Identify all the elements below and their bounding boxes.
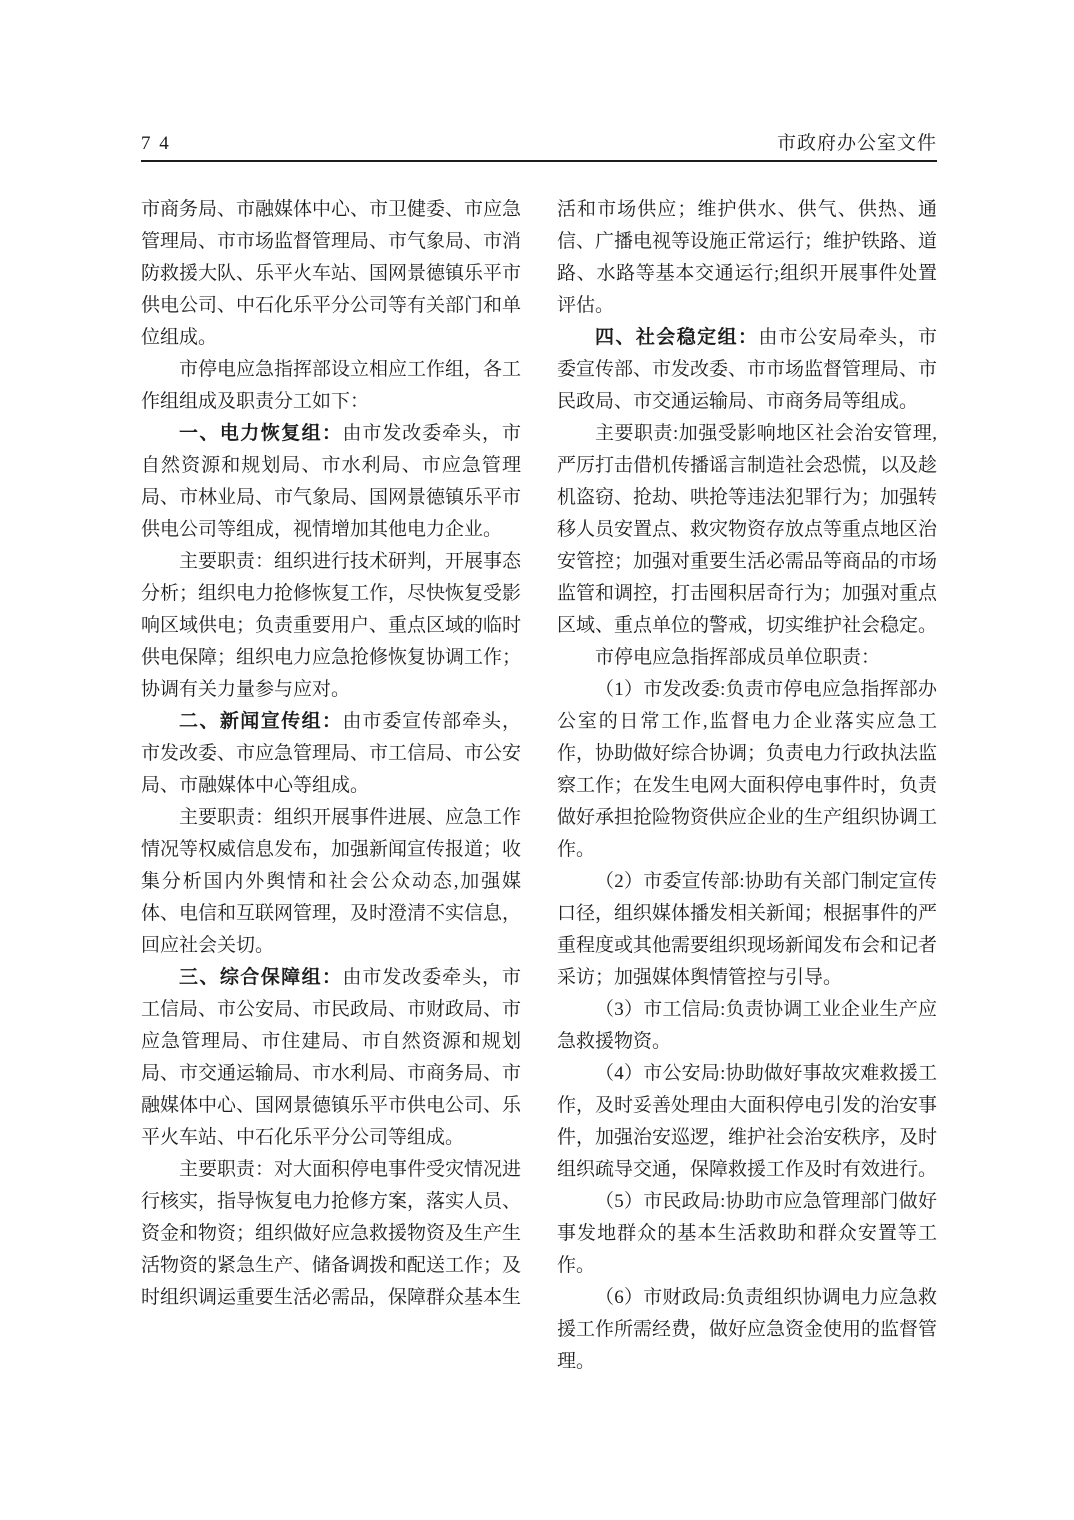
paragraph: 活和市场供应；维护供水、供气、供热、通信、广播电视等设施正常运行；维护铁路、道路… xyxy=(557,194,937,322)
paragraph: 主要职责：对大面积停电事件受灾情况进行核实，指导恢复电力抢修方案，落实人员、资金… xyxy=(141,1154,521,1314)
left-column: 市商务局、市融媒体中心、市卫健委、市应急管理局、市市场监督管理局、市气象局、市消… xyxy=(141,194,521,1378)
page-number: 7 4 xyxy=(141,133,171,155)
paragraph: 市停电应急指挥部设立相应工作组，各工作组组成及职责分工如下： xyxy=(141,354,521,418)
paragraph: 四、社会稳定组：由市公安局牵头，市委宣传部、市发改委、市市场监督管理局、市民政局… xyxy=(557,322,937,418)
right-column: 活和市场供应；维护供水、供气、供热、通信、广播电视等设施正常运行；维护铁路、道路… xyxy=(557,194,937,1378)
paragraph: （4）市公安局:协助做好事故灾难救援工作，及时妥善处理由大面积停电引发的治安事件… xyxy=(557,1058,937,1186)
paragraph: 市停电应急指挥部成员单位职责： xyxy=(557,642,937,674)
section-title: 一、电力恢复组： xyxy=(179,423,343,444)
paragraph: 主要职责：组织进行技术研判，开展事态分析；组织电力抢修恢复工作，尽快恢复受影响区… xyxy=(141,546,521,706)
paragraph: （3）市工信局:负责协调工业企业生产应急救援物资。 xyxy=(557,994,937,1058)
paragraph: （6）市财政局:负责组织协调电力应急救援工作所需经费，做好应急资金使用的监督管理… xyxy=(557,1282,937,1378)
paragraph: 二、新闻宣传组：由市委宣传部牵头，市发改委、市应急管理局、市工信局、市公安局、市… xyxy=(141,706,521,802)
paragraph: （2）市委宣传部:协助有关部门制定宣传口径，组织媒体播发相关新闻；根据事件的严重… xyxy=(557,866,937,994)
paragraph: （1）市发改委:负责市停电应急指挥部办公室的日常工作,监督电力企业落实应急工作，… xyxy=(557,674,937,866)
paragraph: 一、电力恢复组：由市发改委牵头，市自然资源和规划局、市水利局、市应急管理局、市林… xyxy=(141,418,521,546)
header-document-title: 市政府办公室文件 xyxy=(777,128,937,155)
section-title: 四、社会稳定组： xyxy=(595,327,759,348)
section-title: 三、综合保障组： xyxy=(179,967,343,988)
page-header: 7 4 市政府办公室文件 xyxy=(141,130,937,162)
paragraph: 三、综合保障组：由市发改委牵头，市工信局、市公安局、市民政局、市财政局、市应急管… xyxy=(141,962,521,1154)
paragraph: 主要职责：组织开展事件进展、应急工作情况等权威信息发布，加强新闻宣传报道；收集分… xyxy=(141,802,521,962)
paragraph: （5）市民政局:协助市应急管理部门做好事发地群众的基本生活救助和群众安置等工作。 xyxy=(557,1186,937,1282)
document-body: 市商务局、市融媒体中心、市卫健委、市应急管理局、市市场监督管理局、市气象局、市消… xyxy=(141,194,937,1378)
paragraph: 主要职责:加强受影响地区社会治安管理,严厉打击借机传播谣言制造社会恐慌，以及趁机… xyxy=(557,418,937,642)
section-title: 二、新闻宣传组： xyxy=(179,711,343,732)
paragraph: 市商务局、市融媒体中心、市卫健委、市应急管理局、市市场监督管理局、市气象局、市消… xyxy=(141,194,521,354)
